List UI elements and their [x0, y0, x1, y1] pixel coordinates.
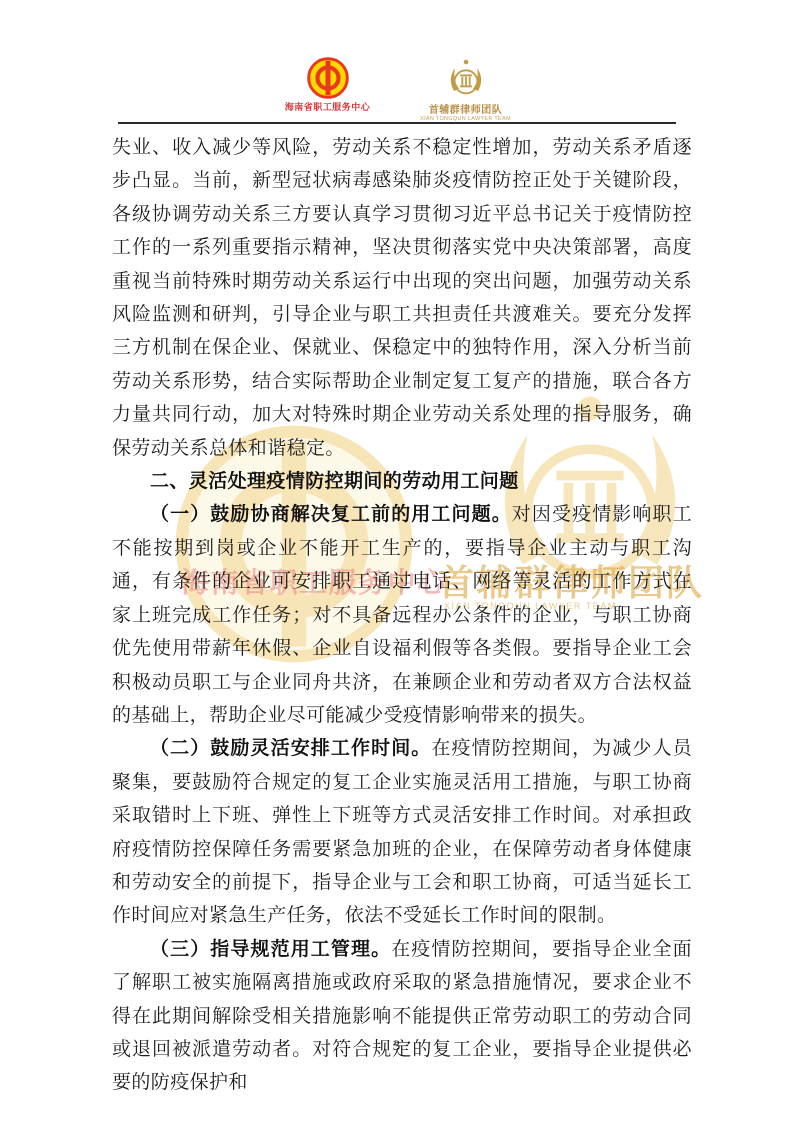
- header-divider: [118, 122, 676, 124]
- paragraph-continuation: 失业、收入减少等风险，劳动关系不稳定性增加，劳动关系矛盾逐步凸显。当前，新型冠状…: [112, 131, 692, 465]
- paragraph-item-1-text: 对因受疫情影响职工不能按期到岗或企业不能开工生产的，要指导企业主动与职工沟通，有…: [112, 504, 692, 725]
- document-body: 失业、收入减少等风险，劳动关系不稳定性增加，劳动关系矛盾逐步凸显。当前，新型冠状…: [112, 131, 692, 1100]
- paragraph-item-2-lead: （二）鼓励灵活安排工作时间。: [150, 738, 431, 759]
- document-page: 海南省职工服务中心 首辅群律师团队 XIAN TONGQUN LAWYER TE…: [0, 0, 793, 1122]
- page-header: 海南省职工服务中心 首辅群律师团队 XIAN TONGQUN LAWYER TE…: [0, 57, 793, 123]
- paragraph-item-3-text: 在疫情防控期间，要指导企业全面了解职工被实施隔离措施或政府采取的紧急措施情况，要…: [112, 939, 692, 1094]
- union-logo-block: 海南省职工服务中心: [268, 57, 388, 112]
- lawyer-team-logo-icon: [441, 57, 491, 103]
- lawyer-team-logo-block: 首辅群律师团队 XIAN TONGQUN LAWYER TEAM: [406, 57, 526, 123]
- paragraph-item-3-lead: （三）指导规范用工管理。: [150, 939, 391, 960]
- section-heading: 二、灵活处理疫情防控期间的劳动用工问题: [112, 465, 692, 498]
- paragraph-continuation-text: 失业、收入减少等风险，劳动关系不稳定性增加，劳动关系矛盾逐步凸显。当前，新型冠状…: [112, 137, 692, 459]
- paragraph-item-2: （二）鼓励灵活安排工作时间。在疫情防控期间，为减少人员聚集，要鼓励符合规定的复工…: [112, 732, 692, 932]
- paragraph-item-3: （三）指导规范用工管理。在疫情防控期间，要指导企业全面了解职工被实施隔离措施或政…: [112, 933, 692, 1100]
- paragraph-item-1-lead: （一）鼓励协商解决复工前的用工问题。: [150, 504, 512, 525]
- page-number: 3: [0, 1038, 793, 1055]
- paragraph-item-1: （一）鼓励协商解决复工前的用工问题。对因受疫情影响职工不能按期到岗或企业不能开工…: [112, 498, 692, 732]
- paragraph-item-2-text: 在疫情防控期间，为减少人员聚集，要鼓励符合规定的复工企业实施灵活用工措施，与职工…: [112, 738, 692, 926]
- union-logo-caption: 海南省职工服务中心: [285, 102, 371, 112]
- lawyer-team-logo-caption: 首辅群律师团队: [429, 106, 503, 116]
- union-logo-icon: [307, 57, 349, 99]
